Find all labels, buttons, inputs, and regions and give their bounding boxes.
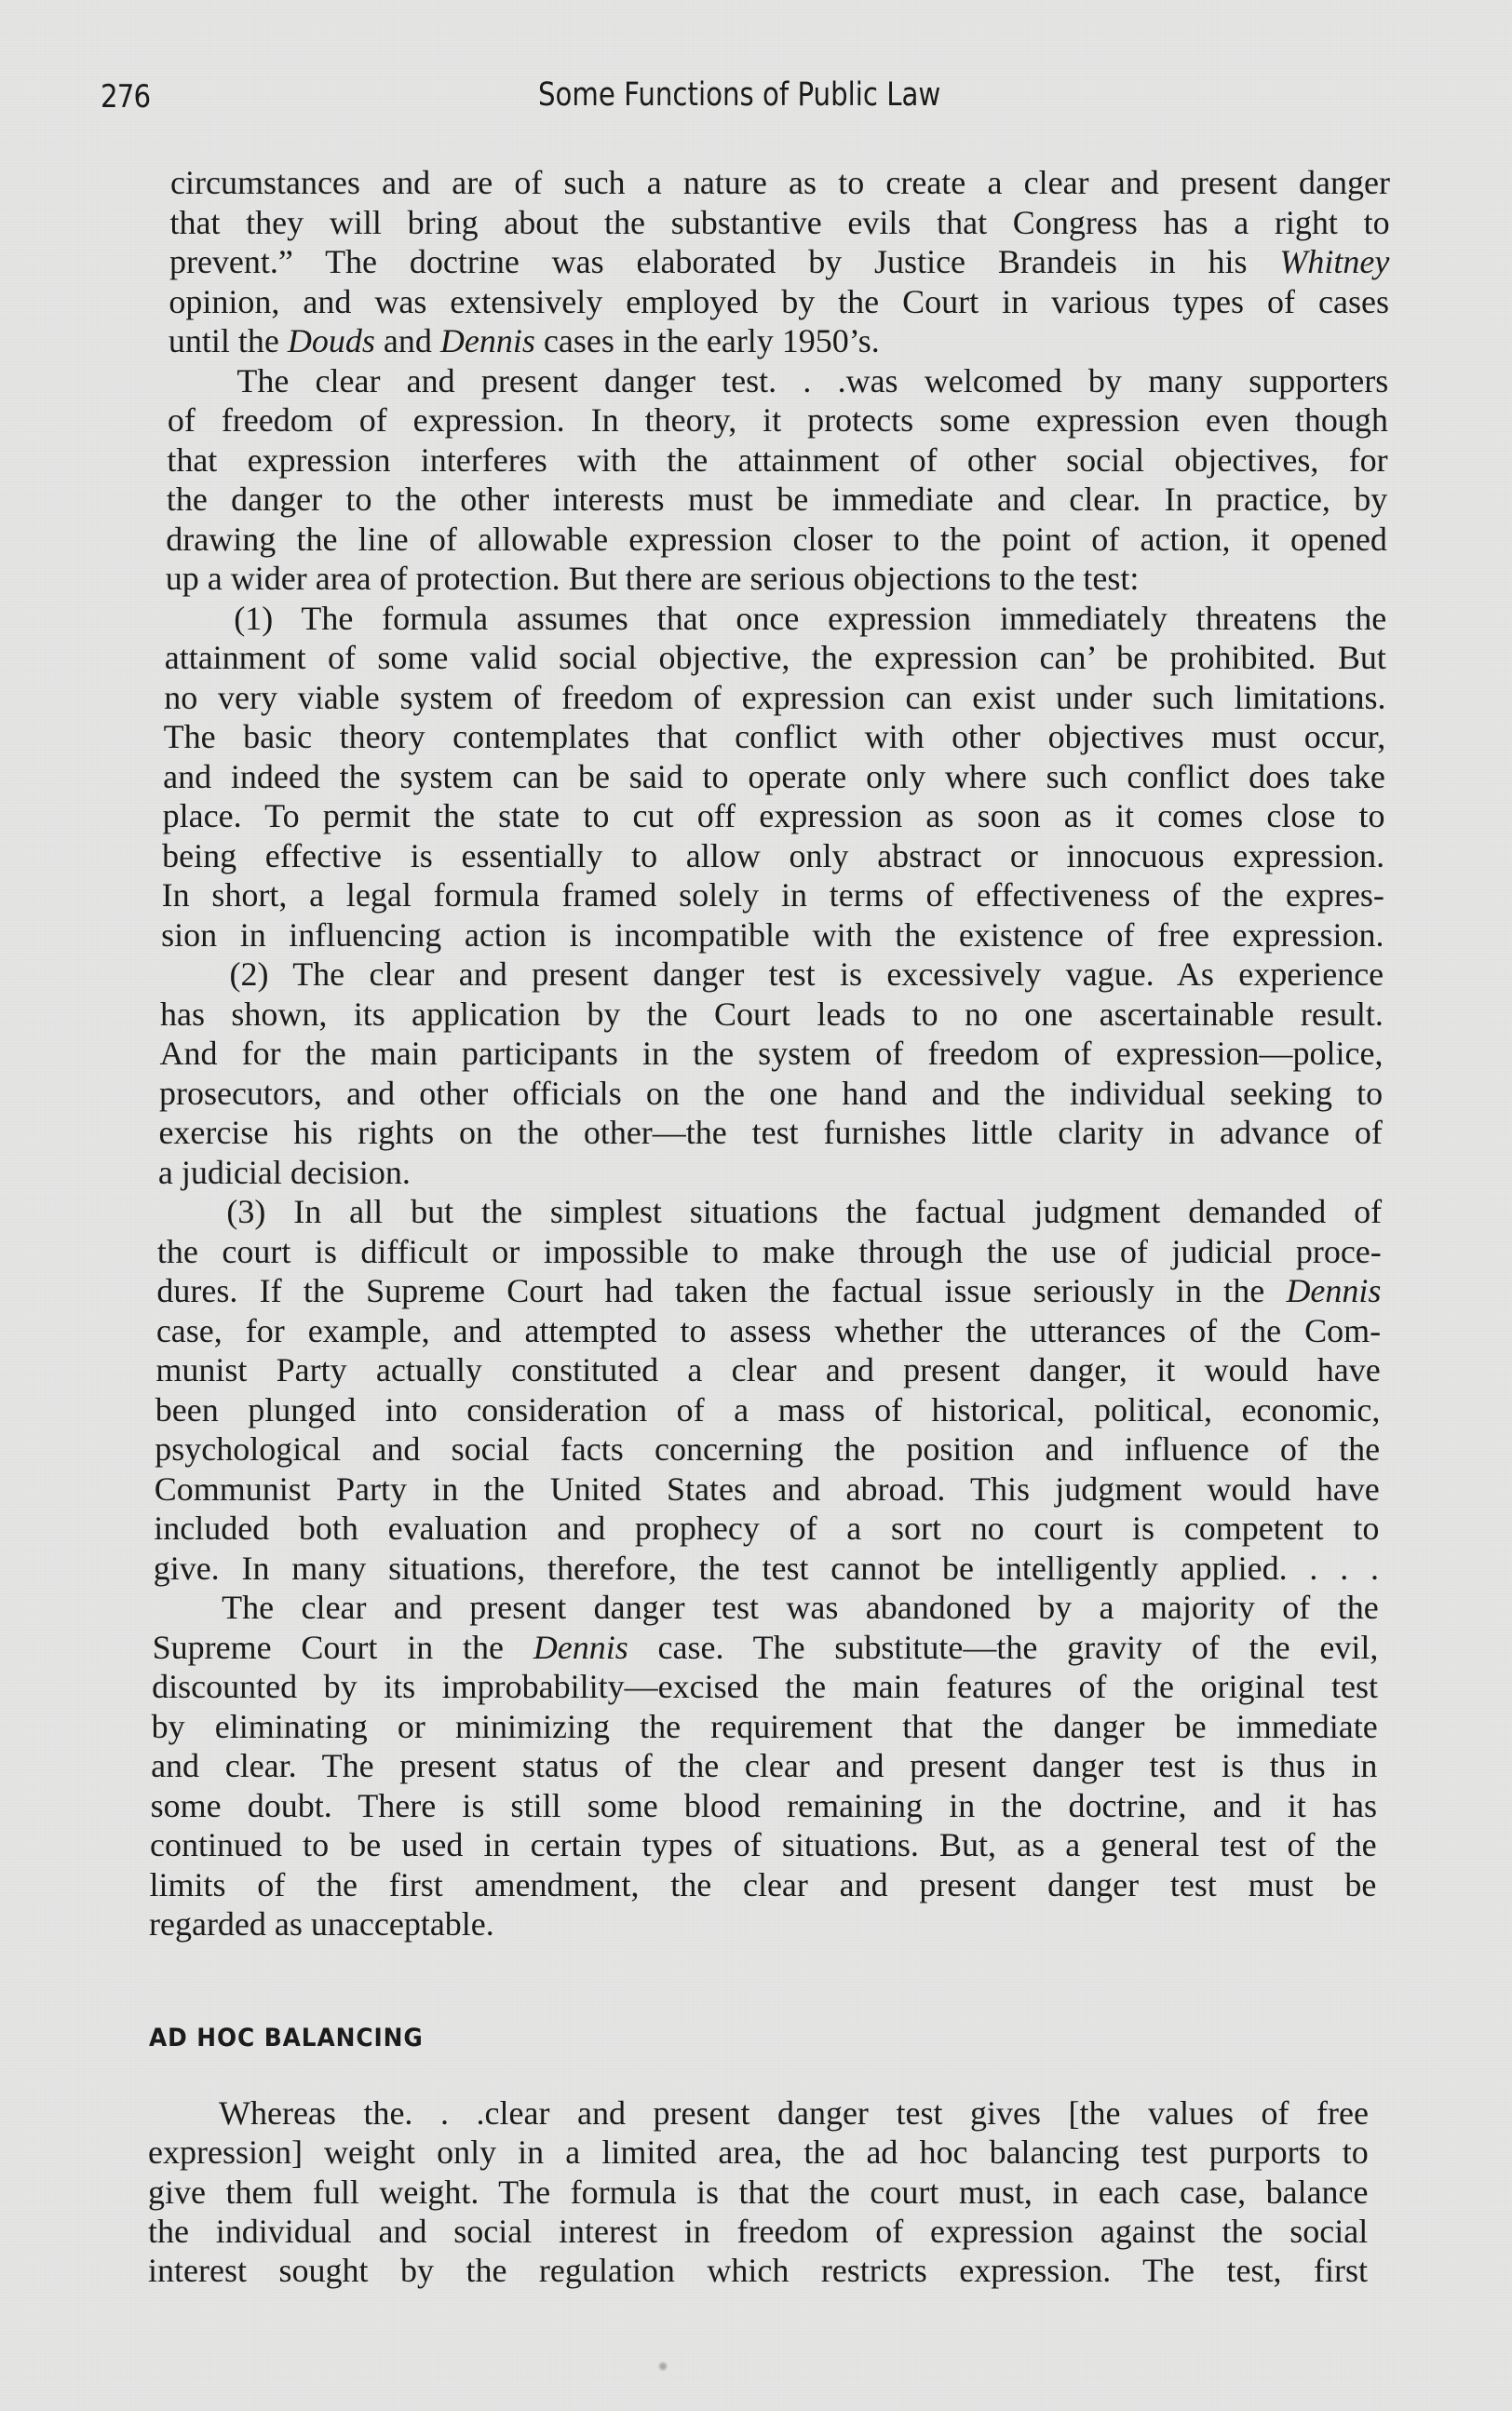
text-run: being effective is essentially to allow …	[162, 837, 1384, 874]
text-line: drawing the line of allowable expression…	[166, 519, 1387, 560]
text-run: a judicial decision.	[158, 1154, 411, 1191]
text-line: discounted by its improbability—excised …	[152, 1666, 1378, 1707]
text-line: (1) The formula assumes that once expres…	[234, 598, 1386, 639]
italic-case-name: Dennis	[533, 1629, 628, 1666]
text-run: limits of the first amendment, the clear…	[150, 1866, 1377, 1903]
text-run: discounted by its improbability—excised …	[152, 1668, 1378, 1705]
text-line: some doubt. There is still some blood re…	[151, 1785, 1377, 1826]
text-run: dures. If the Supreme Court had taken th…	[156, 1272, 1286, 1309]
text-line: attainment of some valid social objectiv…	[165, 637, 1386, 678]
text-line: exercise his rights on the other—the tes…	[158, 1112, 1382, 1153]
text-line: prevent.” The doctrine was elaborated by…	[169, 241, 1389, 282]
text-run: has shown, its application by the Court …	[160, 996, 1384, 1033]
text-run: included both evaluation and prophecy of…	[154, 1510, 1379, 1547]
text-line: continued to be used in certain types of…	[150, 1824, 1377, 1865]
text-line: (2) The clear and present danger test is…	[230, 954, 1384, 995]
text-run: (2) The clear and present danger test is…	[230, 955, 1384, 993]
text-run: no very viable system of freedom of expr…	[164, 679, 1385, 716]
text-run: The clear and present danger test was ab…	[222, 1589, 1379, 1626]
text-run: cases in the early 1950’s.	[535, 322, 880, 359]
text-run: sion in influencing action is incompatib…	[161, 916, 1384, 954]
text-line: expression] weight only in a limited are…	[148, 2132, 1369, 2173]
text-line: the court is difficult or impossible to …	[157, 1231, 1382, 1272]
text-run: give them full weight. The formula is th…	[148, 2174, 1369, 2211]
text-run: up a wider area of protection. But there…	[166, 560, 1140, 597]
text-run: attainment of some valid social objectiv…	[165, 639, 1386, 676]
text-run: drawing the line of allowable expression…	[166, 521, 1387, 558]
text-line: no very viable system of freedom of expr…	[164, 677, 1385, 718]
text-line: by eliminating or minimizing the require…	[152, 1706, 1378, 1747]
text-line: that they will bring about the substanti…	[169, 202, 1389, 243]
text-line: place. To permit the state to cut off ex…	[163, 795, 1385, 836]
text-run: psychological and social facts concernin…	[155, 1430, 1380, 1468]
text-line: In short, a legal formula framed solely …	[162, 874, 1384, 915]
text-line: The basic theory contemplates that confl…	[164, 716, 1386, 757]
text-line: has shown, its application by the Court …	[160, 994, 1384, 1035]
text-run: of freedom of expression. In theory, it …	[168, 401, 1388, 439]
text-line: case, for example, and attempted to asse…	[156, 1310, 1381, 1351]
text-run: case, for example, and attempted to asse…	[156, 1312, 1381, 1349]
text-line: that expression interferes with the atta…	[167, 440, 1387, 481]
text-run: Supreme Court in the	[153, 1629, 533, 1666]
text-run: expression] weight only in a limited are…	[148, 2133, 1369, 2171]
text-run: that they will bring about the substanti…	[169, 204, 1389, 241]
text-run: In short, a legal formula framed solely …	[162, 876, 1384, 914]
text-line: opinion, and was extensively employed by…	[169, 281, 1389, 322]
text-run: until the	[169, 322, 288, 359]
text-run: The basic theory contemplates that confl…	[164, 718, 1386, 755]
text-line: give. In many situations, therefore, the…	[154, 1548, 1379, 1589]
text-run: Whereas the. . .clear and present danger…	[219, 2094, 1369, 2132]
running-head: Some Functions of Public Law	[538, 76, 1005, 114]
text-line: regarded as unacceptable.	[149, 1903, 1376, 1944]
print-smudge	[659, 2363, 667, 2370]
text-run: continued to be used in certain types of…	[150, 1826, 1377, 1863]
text-run: regarded as unacceptable.	[149, 1905, 494, 1943]
text-line: been plunged into consideration of a mas…	[155, 1389, 1381, 1430]
text-run: the danger to the other interests must b…	[167, 481, 1387, 518]
text-line: a judicial decision.	[158, 1152, 1383, 1193]
text-line: The clear and present danger test. . .wa…	[236, 360, 1388, 401]
text-run: some doubt. There is still some blood re…	[151, 1787, 1377, 1824]
text-line: the individual and social interest in fr…	[148, 2211, 1368, 2252]
text-run: by eliminating or minimizing the require…	[152, 1708, 1378, 1745]
text-line: and clear. The present status of the cle…	[151, 1745, 1377, 1786]
text-line: until the Douds and Dennis cases in the …	[169, 320, 1389, 361]
text-line: psychological and social facts concernin…	[155, 1429, 1380, 1470]
text-line: munist Party actually constituted a clea…	[155, 1349, 1380, 1390]
text-run: that expression interferes with the atta…	[167, 441, 1387, 479]
section-heading: AD HOC BALANCING	[149, 2024, 424, 2052]
text-run: the court is difficult or impossible to …	[157, 1233, 1382, 1270]
text-run: opinion, and was extensively employed by…	[169, 283, 1389, 320]
text-run: prosecutors, and other officials on the …	[159, 1075, 1383, 1112]
text-run: (3) In all but the simplest situations t…	[226, 1193, 1382, 1230]
text-line: interest sought by the regulation which …	[148, 2250, 1368, 2291]
text-line: and indeed the system can be said to ope…	[163, 756, 1385, 797]
italic-case-name: Douds	[288, 322, 375, 359]
text-line: prosecutors, and other officials on the …	[159, 1073, 1383, 1114]
text-line: sion in influencing action is incompatib…	[161, 914, 1384, 955]
text-run: exercise his rights on the other—the tes…	[158, 1114, 1382, 1151]
text-run: Communist Party in the United States and…	[155, 1470, 1380, 1508]
text-line: included both evaluation and prophecy of…	[154, 1508, 1379, 1549]
text-run: munist Party actually constituted a clea…	[155, 1351, 1380, 1388]
text-line: dures. If the Supreme Court had taken th…	[156, 1270, 1381, 1311]
text-line: (3) In all but the simplest situations t…	[226, 1191, 1382, 1232]
text-run: been plunged into consideration of a mas…	[155, 1391, 1381, 1429]
text-line: the danger to the other interests must b…	[167, 479, 1387, 520]
italic-case-name: Whitney	[1279, 243, 1389, 280]
text-run: (1) The formula assumes that once expres…	[234, 600, 1386, 637]
text-run: And for the main participants in the sys…	[160, 1035, 1384, 1072]
text-run: and	[375, 322, 440, 359]
text-run: give. In many situations, therefore, the…	[154, 1550, 1379, 1587]
text-line: circumstances and are of such a nature a…	[170, 162, 1390, 203]
text-run: prevent.” The doctrine was elaborated by…	[169, 243, 1279, 280]
page-number: 276	[101, 78, 150, 115]
text-line: Supreme Court in the Dennis case. The su…	[153, 1627, 1379, 1668]
text-line: Communist Party in the United States and…	[155, 1469, 1380, 1510]
text-run: and clear. The present status of the cle…	[151, 1747, 1377, 1784]
text-run: the individual and social interest in fr…	[148, 2213, 1368, 2250]
text-line: Whereas the. . .clear and present danger…	[219, 2093, 1369, 2133]
text-line: And for the main participants in the sys…	[160, 1033, 1384, 1074]
italic-case-name: Dennis	[1286, 1272, 1381, 1309]
text-run: The clear and present danger test. . .wa…	[236, 362, 1388, 400]
text-run: and indeed the system can be said to ope…	[163, 758, 1385, 795]
text-line: up a wider area of protection. But there…	[166, 558, 1387, 599]
text-run: circumstances and are of such a nature a…	[170, 164, 1390, 201]
text-line: The clear and present danger test was ab…	[222, 1587, 1379, 1628]
text-line: being effective is essentially to allow …	[162, 835, 1384, 876]
text-run: place. To permit the state to cut off ex…	[163, 797, 1385, 834]
text-line: give them full weight. The formula is th…	[148, 2172, 1369, 2213]
text-run: case. The substitute—the gravity of the …	[628, 1629, 1379, 1666]
text-run: interest sought by the regulation which …	[148, 2252, 1368, 2289]
italic-case-name: Dennis	[440, 322, 535, 359]
text-line: limits of the first amendment, the clear…	[150, 1864, 1377, 1905]
text-line: of freedom of expression. In theory, it …	[168, 400, 1388, 440]
